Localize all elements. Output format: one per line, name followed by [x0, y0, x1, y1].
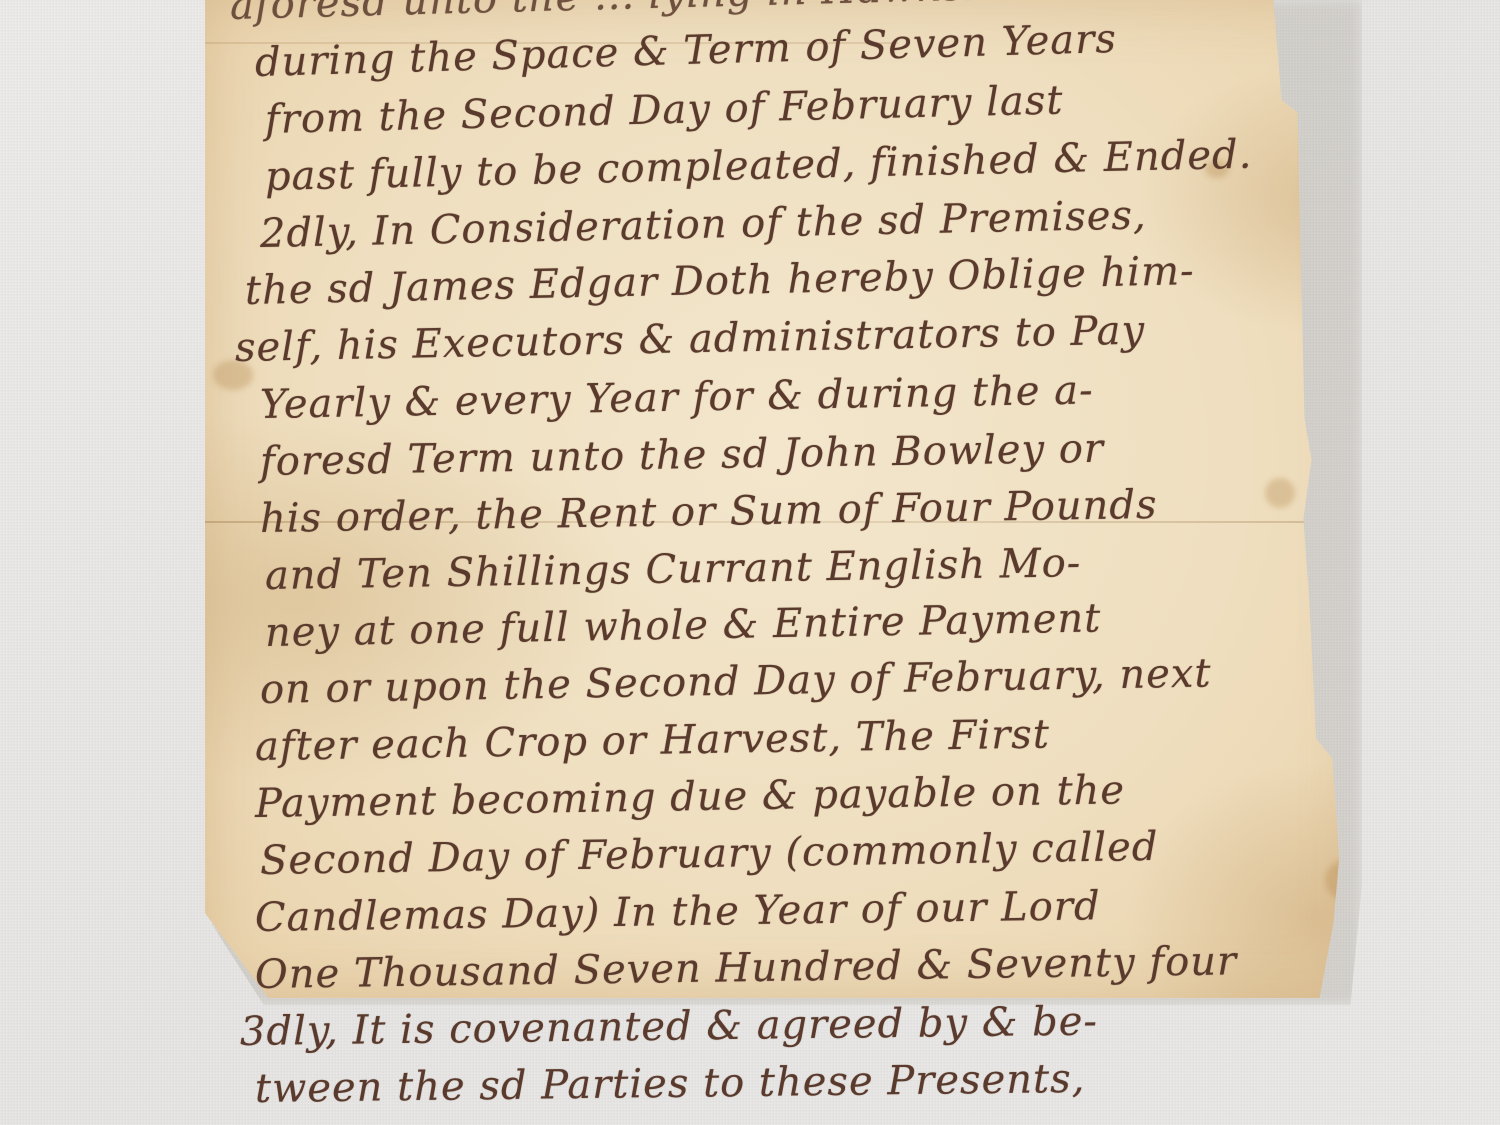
text-line: tween the sd Parties to these Presents, — [255, 1048, 1346, 1118]
handwritten-text: aforesd unto the ... lying in Hawkshead … — [250, 0, 1340, 1118]
photo-scene: aforesd unto the ... lying in Hawkshead … — [0, 0, 1500, 1125]
